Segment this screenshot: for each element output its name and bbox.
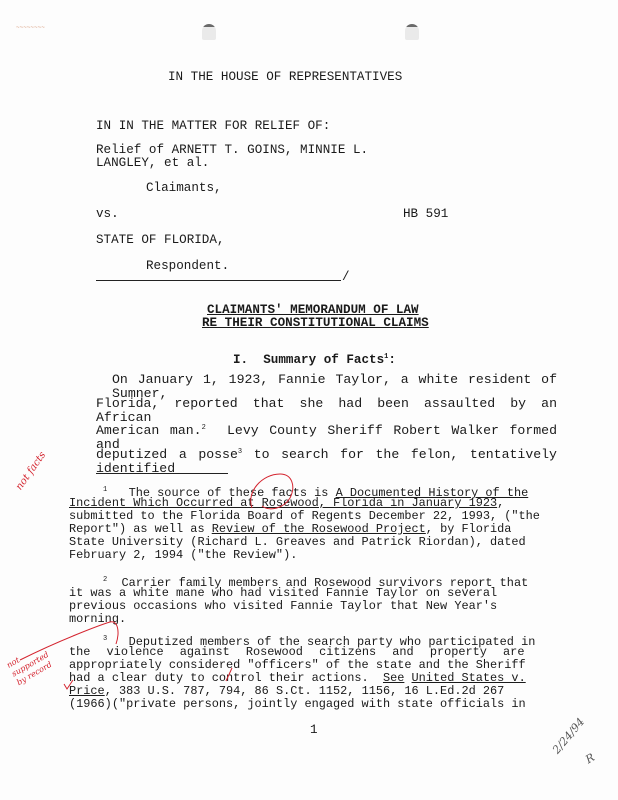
initials-note: R (583, 751, 597, 766)
footnote-ref-2[interactable]: 2 (202, 424, 206, 432)
date-initials-note: 2/24/94 (550, 716, 587, 757)
footnote-1-line-4: Report") as well as Review of the Rosewo… (69, 523, 511, 536)
top-left-mark: ~~~~~~~~ (16, 24, 45, 31)
body-line-4-start: deputized a posse (96, 447, 238, 462)
footnote-1-review-title: Review of the Rosewood Project (212, 522, 426, 536)
matter-line: IN IN THE MATTER FOR RELIEF OF: (96, 119, 330, 133)
footnote-1-line-6: February 2, 1994 ("the Review"). (69, 549, 297, 562)
memo-title-line-2: RE THEIR CONSTITUTIONAL CLAIMS (202, 316, 429, 330)
footnote-separator (96, 473, 228, 474)
section-heading: I. Summary of Facts1: (233, 350, 396, 367)
footnote-1-line-3: submitted to the Florida Board of Regent… (69, 510, 540, 523)
section-heading-text: I. Summary of Facts (233, 353, 384, 367)
memo-title-line-1: CLAIMANTS' MEMORANDUM OF LAW (207, 303, 419, 317)
footnote-1-line-5: State University (Richard L. Greaves and… (69, 536, 526, 549)
footnote-1-line-2: Incident Which Occurred at Rosewood, Flo… (69, 497, 504, 510)
footnote-3-see-signal: See (383, 671, 404, 685)
footnote-3-line-3: appropriately considered "officers" of t… (69, 659, 526, 672)
footnote-3-case-name-cont: Price (69, 684, 105, 698)
footnote-3-case-name: United States v. (412, 671, 526, 685)
margin-note-not-facts: not facts (14, 450, 49, 493)
footnote-3-number: 3 (103, 635, 107, 643)
respondent-label: Respondent. (146, 259, 229, 273)
footnote-3-reporter-cite: , 383 U.S. 787, 794, 86 S.Ct. 1152, 1156… (105, 684, 505, 698)
state-label: STATE OF FLORIDA, (96, 233, 224, 247)
footnote-3-line-6: (1966)("private persons, jointly engaged… (69, 698, 526, 711)
footnote-2-number: 2 (103, 576, 107, 584)
page-number: 1 (310, 723, 318, 737)
footnote-3-line-2: the violence against Rosewood citizens a… (69, 646, 524, 659)
footnote-ref-3[interactable]: 3 (238, 448, 242, 456)
footnote-2-line-3: previous occasions who visited Fannie Ta… (69, 600, 497, 613)
relief-line-1: Relief of ARNETT T. GOINS, MINNIE L. (96, 143, 368, 157)
footnote-1-text-2: Report") as well as (69, 522, 212, 536)
margin-note-not-supported: not supported by record (5, 642, 55, 688)
footnote-2-line-4: morning. (69, 613, 126, 626)
footnote-1-citation-title-cont: Incident Which Occurred at Rosewood, Flo… (69, 496, 497, 510)
vs-label: vs. (96, 207, 119, 221)
matter-text: IN THE MATTER FOR RELIEF OF: (119, 119, 331, 133)
footnote-1-number: 1 (103, 486, 107, 494)
caption-rule-end: / (342, 270, 350, 284)
bill-number: HB 591 (403, 207, 448, 221)
punch-hole-left (202, 24, 216, 40)
relief-line-2: LANGLEY, et al. (96, 156, 209, 170)
footnote-1-text-3: , by Florida (426, 522, 512, 536)
caption-rule (96, 280, 341, 281)
footnote-1-comma: , (497, 496, 504, 510)
claimants-label: Claimants, (146, 181, 222, 195)
footnote-3-line-4: had a clear duty to control their action… (69, 672, 526, 685)
house-heading: IN THE HOUSE OF REPRESENTATIVES (168, 70, 402, 84)
body-line-3-start: American man. (96, 423, 202, 438)
footnote-2-line-2: it was a white mane who had visited Fann… (69, 587, 497, 600)
body-line-4: deputized a posse3 to search for the fel… (96, 445, 557, 476)
footnote-3-line-5: Price, 383 U.S. 787, 794, 86 S.Ct. 1152,… (69, 685, 504, 698)
section-heading-colon: : (388, 353, 396, 367)
punch-hole-right (405, 24, 419, 40)
footnote-3-text-2: had a clear duty to control their action… (69, 671, 383, 685)
